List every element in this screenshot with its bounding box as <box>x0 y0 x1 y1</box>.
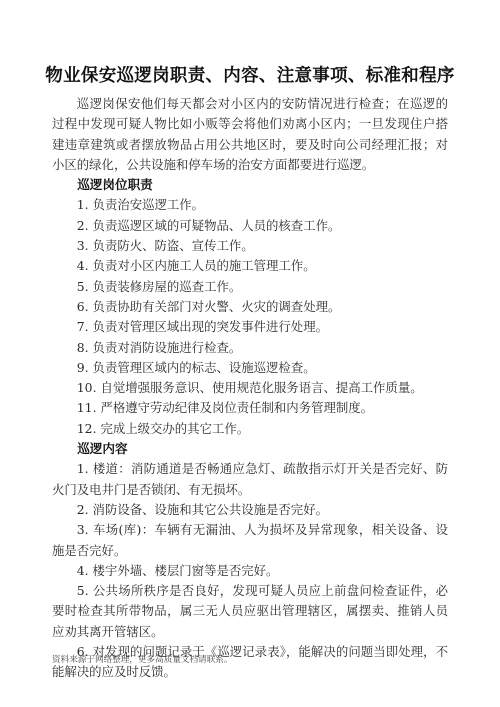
list-item: 5. 公共场所秩序是否良好，发现可疑人员应上前盘问检查证件，必要时检查其所带物品… <box>52 581 448 642</box>
list-item: 11. 严格遵守劳动纪律及岗位责任制和内务管理制度。 <box>52 398 448 418</box>
section-heading-content: 巡逻内容 <box>52 439 448 459</box>
list-item: 7. 负责对管理区域出现的突发事件进行处理。 <box>52 317 448 337</box>
list-item: 9. 负责管理区域内的标志、设施巡逻检查。 <box>52 358 448 378</box>
document-title: 物业保安巡逻岗职责、内容、注意事项、标准和程序 <box>0 63 500 89</box>
list-item: 2. 消防设备、设施和其它公共设施是否完好。 <box>52 500 448 520</box>
list-item: 3. 负责防火、防盗、宣传工作。 <box>52 236 448 256</box>
list-item: 4. 楼宇外墙、楼层门窗等是否完好。 <box>52 561 448 581</box>
list-item: 6. 负责协助有关部门对火警、火灾的调查处理。 <box>52 297 448 317</box>
list-item: 8. 负责对消防设施进行检查。 <box>52 338 448 358</box>
footer-note: 资料来源于网络整理，更多高质量文档请联系。 <box>52 653 232 665</box>
document-body: 巡逻岗保安他们每天都会对小区内的安防情况进行检查；在巡逻的过程中发现可疑人物比如… <box>52 94 448 683</box>
list-item: 1. 负责治安巡逻工作。 <box>52 195 448 215</box>
list-item: 1. 楼道：消防通道是否畅通应急灯、疏散指示灯开关是否完好、防火门及电井门是否锁… <box>52 459 448 500</box>
list-item: 12. 完成上级交办的其它工作。 <box>52 419 448 439</box>
list-item: 2. 负责巡逻区域的可疑物品、人员的核查工作。 <box>52 216 448 236</box>
list-item: 5. 负责装修房屋的巡查工作。 <box>52 277 448 297</box>
intro-paragraph: 巡逻岗保安他们每天都会对小区内的安防情况进行检查；在巡逻的过程中发现可疑人物比如… <box>52 94 448 175</box>
list-item: 4. 负责对小区内施工人员的施工管理工作。 <box>52 256 448 276</box>
section-heading-duties: 巡逻岗位职责 <box>52 175 448 195</box>
list-item: 3. 车场(库)：车辆有无漏油、人为损坏及异常现象，相关设备、设施是否完好。 <box>52 520 448 561</box>
list-item: 10. 自觉增强服务意识、使用规范化服务语言、提高工作质量。 <box>52 378 448 398</box>
